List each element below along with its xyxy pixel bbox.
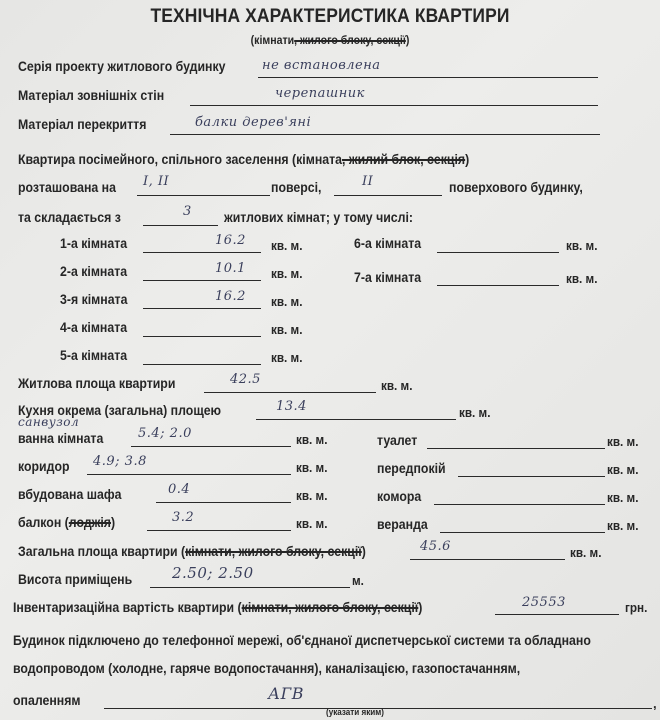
veranda-label: веранда xyxy=(377,516,428,532)
room-7-unit: кв. м. xyxy=(566,271,597,286)
storeys-label: поверхового будинку, xyxy=(449,179,583,195)
rooms-count-line[interactable] xyxy=(143,225,218,226)
storeys-line[interactable] xyxy=(334,195,442,196)
connections-line-2: водопроводом (холодне, гаряче водопостач… xyxy=(13,660,520,676)
kitchen-line[interactable] xyxy=(256,419,456,420)
corridor-value: 4.9; 3.8 xyxy=(93,454,147,469)
balcony-value: 3.2 xyxy=(172,510,194,525)
floors-value: балки дерев'яні xyxy=(195,115,311,130)
rooms-count-suffix: житлових кімнат; у тому числі: xyxy=(224,209,413,225)
balcony-unit: кв. м. xyxy=(296,516,327,531)
corridor-unit: кв. м. xyxy=(296,460,327,475)
total-area-unit: кв. м. xyxy=(570,545,601,560)
series-label: Серія проекту житлового будинку xyxy=(18,58,226,74)
bathroom-unit: кв. м. xyxy=(296,432,327,447)
walls-label: Матеріал зовнішніх стін xyxy=(18,87,164,103)
room-4-label: 4-а кімната xyxy=(60,319,127,335)
storeroom-line[interactable] xyxy=(434,504,605,505)
series-value: не встановлена xyxy=(262,58,381,73)
room-2-line[interactable] xyxy=(143,280,261,281)
kitchen-struck: загальна xyxy=(109,402,163,418)
inventory-value: 25553 xyxy=(522,595,566,610)
floor-label: поверсі, xyxy=(271,179,321,195)
storeroom-unit: кв. м. xyxy=(607,490,638,505)
technical-characteristics-form: ТЕХНІЧНА ХАРАКТЕРИСТИКА КВАРТИРИ (кімнат… xyxy=(0,0,660,720)
room-3-label: 3-я кімната xyxy=(60,291,127,307)
inventory-line[interactable] xyxy=(495,614,619,615)
toilet-label: туалет xyxy=(377,432,417,448)
toilet-line[interactable] xyxy=(427,448,605,449)
height-label: Висота приміщень xyxy=(18,571,132,587)
hallway-line[interactable] xyxy=(458,476,605,477)
walls-line[interactable] xyxy=(190,105,598,106)
living-area-label: Житлова площа квартири xyxy=(18,375,175,391)
room-6-line[interactable] xyxy=(437,252,559,253)
room-1-line[interactable] xyxy=(143,252,261,253)
balcony-line[interactable] xyxy=(147,530,291,531)
bathroom-line[interactable] xyxy=(131,446,291,447)
storeys-value: ІІ xyxy=(362,174,373,189)
form-subtitle: (кімнати, жилого блоку, секції) xyxy=(26,35,633,47)
apartment-type-label: Квартира посімейного, спільного заселенн… xyxy=(18,151,469,167)
room-2-label: 2-а кімната xyxy=(60,263,127,279)
toilet-unit: кв. м. xyxy=(607,434,638,449)
kitchen-text: ) площею xyxy=(163,402,221,418)
heating-label: опаленням xyxy=(13,692,81,708)
hallway-label: передпокій xyxy=(377,460,446,476)
balcony-text: ) xyxy=(111,514,115,530)
room-7-label: 7-а кімната xyxy=(354,269,421,285)
height-unit: м. xyxy=(352,573,364,588)
heating-trailing-comma: , xyxy=(653,696,657,711)
corridor-label: коридор xyxy=(18,458,70,474)
floor-line[interactable] xyxy=(137,195,270,196)
room-7-line[interactable] xyxy=(437,285,559,286)
closet-unit: кв. м. xyxy=(296,488,327,503)
bathroom-label: ванна кімната xyxy=(18,430,103,446)
balcony-text: балкон ( xyxy=(18,514,69,530)
floors-label: Матеріал перекриття xyxy=(18,116,146,132)
apt-type-struck: , жилий блок, секція xyxy=(342,151,465,167)
bathroom-value: 5.4; 2.0 xyxy=(138,426,192,441)
living-area-unit: кв. м. xyxy=(381,378,412,393)
floor-value: І, ІІ xyxy=(143,174,169,189)
living-area-value: 42.5 xyxy=(230,372,261,387)
walls-value: черепашник xyxy=(275,86,365,101)
location-on-label: розташована на xyxy=(18,179,116,195)
form-title: ТЕХНІЧНА ХАРАКТЕРИСТИКА КВАРТИРИ xyxy=(26,6,633,28)
veranda-line[interactable] xyxy=(440,532,605,533)
room-5-unit: кв. м. xyxy=(271,350,302,365)
total-area-value: 45.6 xyxy=(420,539,451,554)
total-area-label: Загальна площа квартири (кімнати, жилого… xyxy=(18,543,366,559)
inventory-label: Інвентаризаційна вартість квартири (кімн… xyxy=(13,599,422,615)
height-value: 2.50; 2.50 xyxy=(172,564,254,582)
subtitle-struck: , жилого блоку, секції xyxy=(294,35,406,47)
apt-type-text: Квартира посімейного, спільного заселенн… xyxy=(18,151,296,167)
storeroom-label: комора xyxy=(377,488,421,504)
balcony-struck: лоджія xyxy=(69,514,111,530)
inventory-text: Інвентаризаційна вартість квартири ( xyxy=(13,599,242,615)
inventory-unit: грн. xyxy=(625,600,647,615)
veranda-unit: кв. м. xyxy=(607,518,638,533)
room-3-unit: кв. м. xyxy=(271,294,302,309)
room-2-value: 10.1 xyxy=(215,261,246,276)
floors-line[interactable] xyxy=(170,134,600,135)
room-3-value: 16.2 xyxy=(215,289,246,304)
closet-line[interactable] xyxy=(156,502,291,503)
room-3-line[interactable] xyxy=(143,308,261,309)
room-1-unit: кв. м. xyxy=(271,238,302,253)
closet-value: 0.4 xyxy=(168,482,190,497)
subtitle-kept: кімнати xyxy=(254,35,294,47)
series-line[interactable] xyxy=(258,77,598,78)
room-4-unit: кв. м. xyxy=(271,322,302,337)
room-6-label: 6-а кімната xyxy=(354,235,421,251)
room-5-label: 5-а кімната xyxy=(60,347,127,363)
balcony-label: балкон (лоджія) xyxy=(18,514,115,530)
total-area-line[interactable] xyxy=(410,559,565,560)
paren: ) xyxy=(362,543,366,559)
paren: ) xyxy=(418,599,422,615)
rooms-count-label: та складається з xyxy=(18,209,121,225)
room-5-line[interactable] xyxy=(143,364,261,365)
corridor-line[interactable] xyxy=(87,474,291,475)
heating-hint: (указати яким) xyxy=(326,707,384,717)
apt-type-kept: кімната xyxy=(296,151,342,167)
heating-value: АГВ xyxy=(268,684,304,703)
paren: ) xyxy=(465,151,469,167)
height-line[interactable] xyxy=(150,587,350,588)
total-area-struck: кімнати, жилого блоку, секції xyxy=(185,543,362,559)
hallway-unit: кв. м. xyxy=(607,462,638,477)
inventory-struck: кімнати, жилого блоку, секції xyxy=(242,599,419,615)
bathroom-note: санвузол xyxy=(18,415,79,429)
room-4-line[interactable] xyxy=(143,336,261,337)
kitchen-unit: кв. м. xyxy=(459,405,490,420)
room-1-label: 1-а кімната xyxy=(60,235,127,251)
room-6-unit: кв. м. xyxy=(566,238,597,253)
room-1-value: 16.2 xyxy=(215,233,246,248)
living-area-line[interactable] xyxy=(204,392,376,393)
connections-line-1: Будинок підключено до телефонної мережі,… xyxy=(13,632,591,648)
rooms-count-value: 3 xyxy=(183,204,192,219)
closet-label: вбудована шафа xyxy=(18,486,121,502)
total-area-text: Загальна площа квартири ( xyxy=(18,543,185,559)
room-2-unit: кв. м. xyxy=(271,266,302,281)
paren: ) xyxy=(406,35,410,47)
kitchen-value: 13.4 xyxy=(276,399,307,414)
